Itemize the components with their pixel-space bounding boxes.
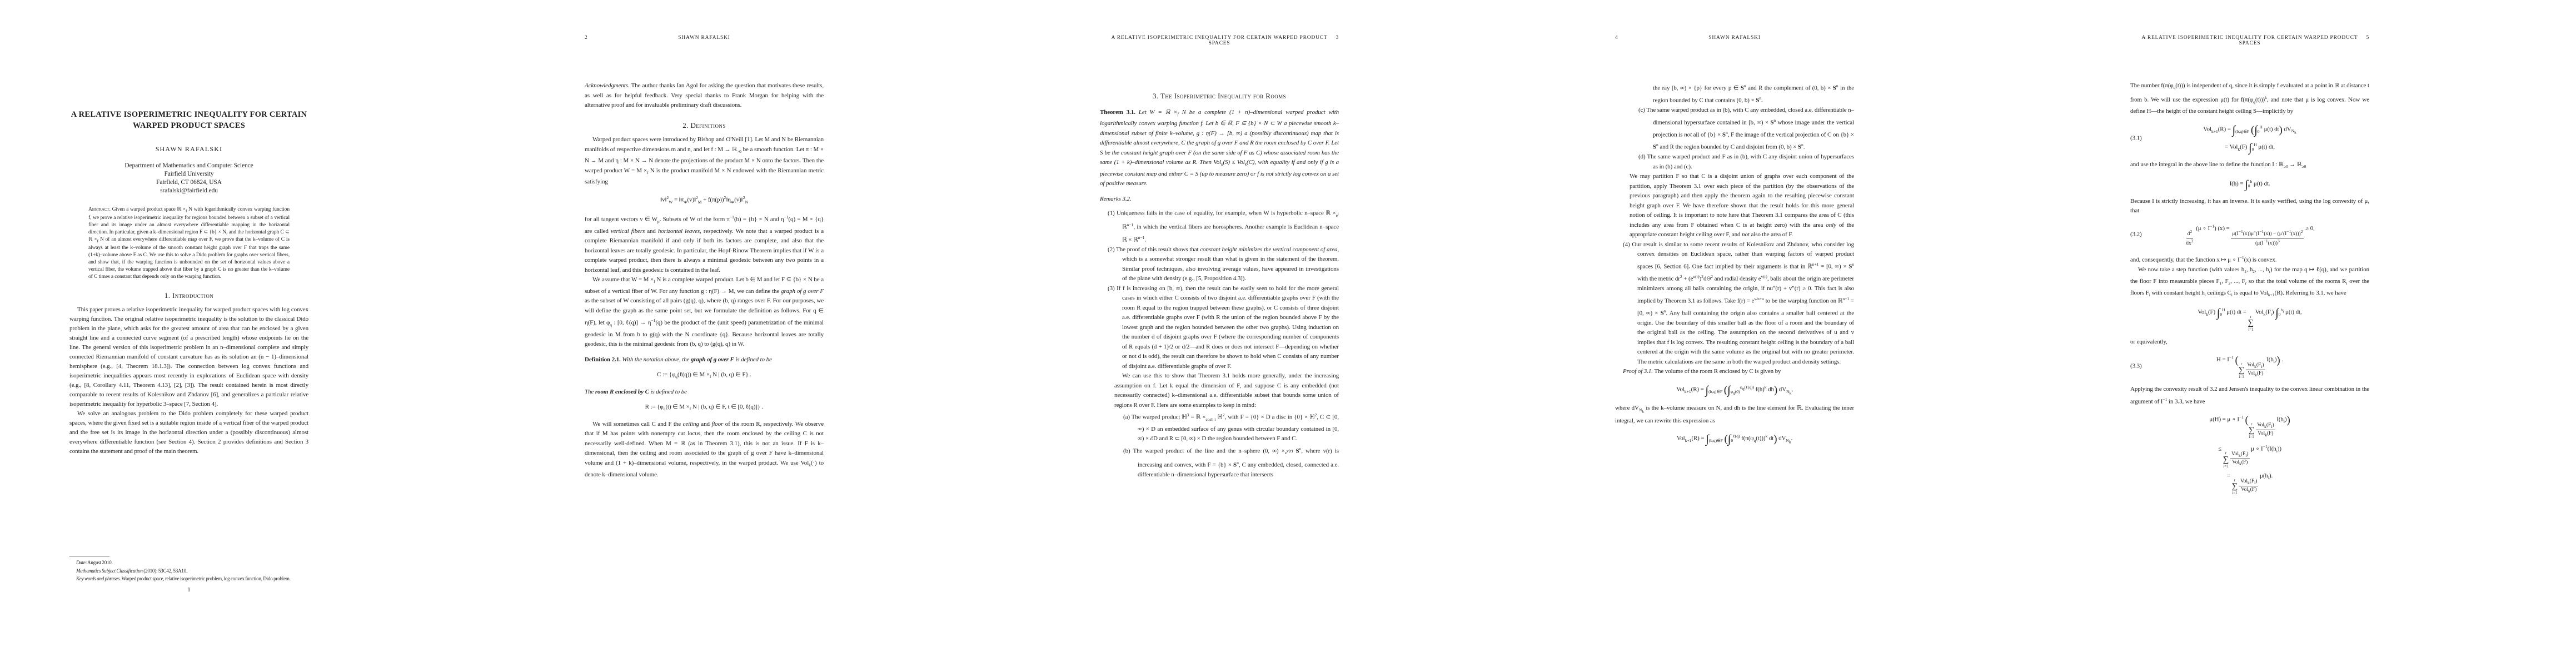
- equation: C := {φq(ℓ(q)) ∈ M ×f N | (b, q) ∈ F} .: [585, 370, 824, 382]
- running-head-page-number: 4: [1615, 35, 1618, 41]
- running-head: A RELATIVE ISOPERIMETRIC INEQUALITY FOR …: [1100, 35, 1339, 43]
- footnote-date: Date: August 2010.: [69, 559, 308, 567]
- paragraph: The number f(π(φq(t))) is independent of…: [2130, 81, 2369, 117]
- equation-number: (3.2): [2130, 230, 2142, 240]
- page-3-body: 3. The Isoperimetric Inequality for Room…: [1100, 81, 1339, 480]
- page-number-footer: 1: [69, 587, 308, 593]
- paragraph: This paper proves a relative isoperimetr…: [69, 305, 308, 409]
- paragraph: Acknowledgments. The author thanks Ian A…: [585, 81, 824, 111]
- page-4: 4 SHAWN RAFALSKI the ray [b, ∞) × {p} fo…: [1546, 0, 2061, 667]
- paragraph: We solve an analogous problem to the Did…: [69, 409, 308, 456]
- paragraph: Warped product spaces were introduced by…: [585, 135, 824, 187]
- footnote-msc: Mathematics Subject Classification (2010…: [69, 567, 308, 575]
- affiliation-line: Department of Mathematics and Computer S…: [69, 162, 308, 170]
- paragraph: We assume that W = M ×f N is a complete …: [585, 275, 824, 350]
- section-heading: 2. Definitions: [585, 121, 824, 131]
- running-head-title: A RELATIVE ISOPERIMETRIC INEQUALITY FOR …: [1100, 35, 1339, 46]
- abstract: Abstract. Given a warped product space ℝ…: [88, 206, 290, 281]
- page-5-body: The number f(π(φq(t))) is independent of…: [2130, 81, 2369, 501]
- paragraph: and, consequently, that the function x ↦…: [2130, 253, 2369, 265]
- equation-number: (3.1): [2130, 133, 2142, 143]
- page-1: A RELATIVE ISOPERIMETRIC INEQUALITY FOR …: [0, 0, 515, 667]
- paragraph: Because I is strictly increasing, it has…: [2130, 197, 2369, 216]
- running-head: 4 SHAWN RAFALSKI: [1615, 35, 1854, 43]
- section-heading: 3. The Isoperimetric Inequality for Room…: [1100, 91, 1339, 101]
- equation: I(h) = ∫0h μ(t) dt.: [2130, 177, 2369, 191]
- list-paragraph: We can use this to show that Theorem 3.1…: [1100, 371, 1339, 410]
- equation: ‖v‖2W = ‖π∗(v)‖2M + f(π(p))2‖η∗(v)‖2N: [585, 193, 824, 207]
- sublist-continuation: the ray [b, ∞) × {p} for every p ∈ Sn an…: [1615, 81, 1854, 106]
- equation-body: Volk+1(R) = ∫(b,q)∈F (∫0H μ(t) dt) dVNk=…: [2130, 122, 2369, 155]
- equation-body: d2dx2 (μ ∘ I−1) (x) = μ(I−1(x))μ″(I−1(x)…: [2185, 225, 2315, 232]
- running-head-title: SHAWN RAFALSKI: [585, 35, 824, 41]
- page-1-body: A RELATIVE ISOPERIMETRIC INEQUALITY FOR …: [69, 109, 308, 456]
- sublist-item: (d) The same warped product and F as in …: [1615, 152, 1854, 172]
- equation: R := {φq(t) ∈ M ×f N | (b, q) ∈ F, t ∈ […: [585, 402, 824, 414]
- page-3: A RELATIVE ISOPERIMETRIC INEQUALITY FOR …: [1030, 0, 1546, 667]
- list-item: (1) Uniqueness fails in the case of equa…: [1100, 208, 1339, 245]
- equation: μ(H) = μ ∘ I−1 (r∑i=1 Volk(Fi)Volk(F) I(…: [2130, 412, 2369, 495]
- equation: (3.3)H = I−1 (r∑i=1 Volk(Fi)Volk(F) I(hi…: [2130, 353, 2369, 380]
- paragraph: where dVNk is the k–volume measure on N,…: [1615, 404, 1854, 426]
- paper-title: A RELATIVE ISOPERIMETRIC INEQUALITY FOR …: [69, 109, 308, 131]
- paper-canvas: { "sidebar": { "text": "arXiv:1007.5101v…: [0, 0, 2576, 667]
- paragraph: Applying the convexity result of 3.2 and…: [2130, 385, 2369, 407]
- page-5: A RELATIVE ISOPERIMETRIC INEQUALITY FOR …: [2061, 0, 2576, 667]
- list-item: (2) The proof of this result shows that …: [1100, 245, 1339, 284]
- page-4-body: the ray [b, ∞) × {p} for every p ∈ Sn an…: [1615, 81, 1854, 452]
- list-item: (3) If f is increasing on [b, ∞), then t…: [1100, 284, 1339, 372]
- definition: Definition 2.1. With the notation above,…: [585, 355, 824, 365]
- equation: Volk+1(R) = ∫(b,q)∈F (∫0ℓ(q) f(π(φq(t)))…: [1615, 431, 1854, 447]
- equation-number: (3.3): [2130, 361, 2142, 371]
- equation: Volk(F) ∫0H μ(t) dt = r∑i=1 Volk(Fi) ∫0h…: [2130, 305, 2369, 332]
- paragraph: Proof of 3.1. The volume of the room R e…: [1615, 367, 1854, 377]
- paragraph: or equivalently,: [2130, 337, 2369, 347]
- section-heading: 1. Introduction: [69, 291, 308, 300]
- sublist-item: (c) The same warped product as in (b), w…: [1615, 106, 1854, 152]
- page-2-body: Acknowledgments. The author thanks Ian A…: [585, 81, 824, 480]
- running-head-page-number-right: 3: [1336, 35, 1339, 41]
- list-item: (4) Our result is similar to some recent…: [1615, 240, 1854, 367]
- paragraph: and use the integral in the above line t…: [2130, 160, 2369, 172]
- paragraph: for all tangent vectors v ∈ Wp. Subsets …: [585, 212, 824, 275]
- running-head: A RELATIVE ISOPERIMETRIC INEQUALITY FOR …: [2130, 35, 2369, 43]
- affiliation-line: Fairfield, CT 06824, USA: [69, 178, 308, 187]
- equation: Volk+1(R) = ∫(b,q)∈F (∫φq(0)φq(ℓ(q)) f(h…: [1615, 382, 1854, 398]
- footnote-rule: [69, 556, 109, 556]
- running-head: 2 SHAWN RAFALSKI: [585, 35, 824, 43]
- running-head-title: A RELATIVE ISOPERIMETRIC INEQUALITY FOR …: [2130, 35, 2369, 46]
- equation: (3.2)d2dx2 (μ ∘ I−1) (x) = μ(I−1(x))μ″(I…: [2130, 222, 2369, 247]
- running-head-page-number: 2: [585, 35, 588, 41]
- running-head-page-number-right: 5: [2366, 35, 2369, 41]
- paragraph: We will sometimes call C and F the ceili…: [585, 420, 824, 480]
- sublist-item: (b) The warped product of the line and t…: [1100, 444, 1339, 480]
- definition: The room R enclosed by C is defined to b…: [585, 387, 824, 397]
- paragraph: We now take a step function (with values…: [2130, 265, 2369, 300]
- author-name: SHAWN RAFALSKI: [69, 145, 308, 154]
- remarks-label: Remarks 3.2.: [1100, 195, 1339, 205]
- footnote-keywords: Key words and phrases. Warped product sp…: [69, 575, 308, 583]
- theorem: Theorem 3.1. Let W = ℝ ×f N be a complet…: [1100, 108, 1339, 189]
- list-paragraph: We may partition F so that C is a disjoi…: [1615, 172, 1854, 240]
- affiliation-line: srafalski@fairfield.edu: [69, 187, 308, 195]
- footnotes: Date: August 2010. Mathematics Subject C…: [69, 556, 308, 583]
- affiliation-line: Fairfield University: [69, 170, 308, 178]
- equation: (3.1)Volk+1(R) = ∫(b,q)∈F (∫0H μ(t) dt) …: [2130, 122, 2369, 155]
- equation-body: H = I−1 (r∑i=1 Volk(Fi)Volk(F) I(hi)) .: [2216, 356, 2283, 363]
- page-2: 2 SHAWN RAFALSKI Acknowledgments. The au…: [515, 0, 1030, 667]
- running-head-title: SHAWN RAFALSKI: [1615, 35, 1854, 41]
- sublist-item: (a) The warped product ℍ3 = ℝ ×cosh t ℍ2…: [1100, 410, 1339, 444]
